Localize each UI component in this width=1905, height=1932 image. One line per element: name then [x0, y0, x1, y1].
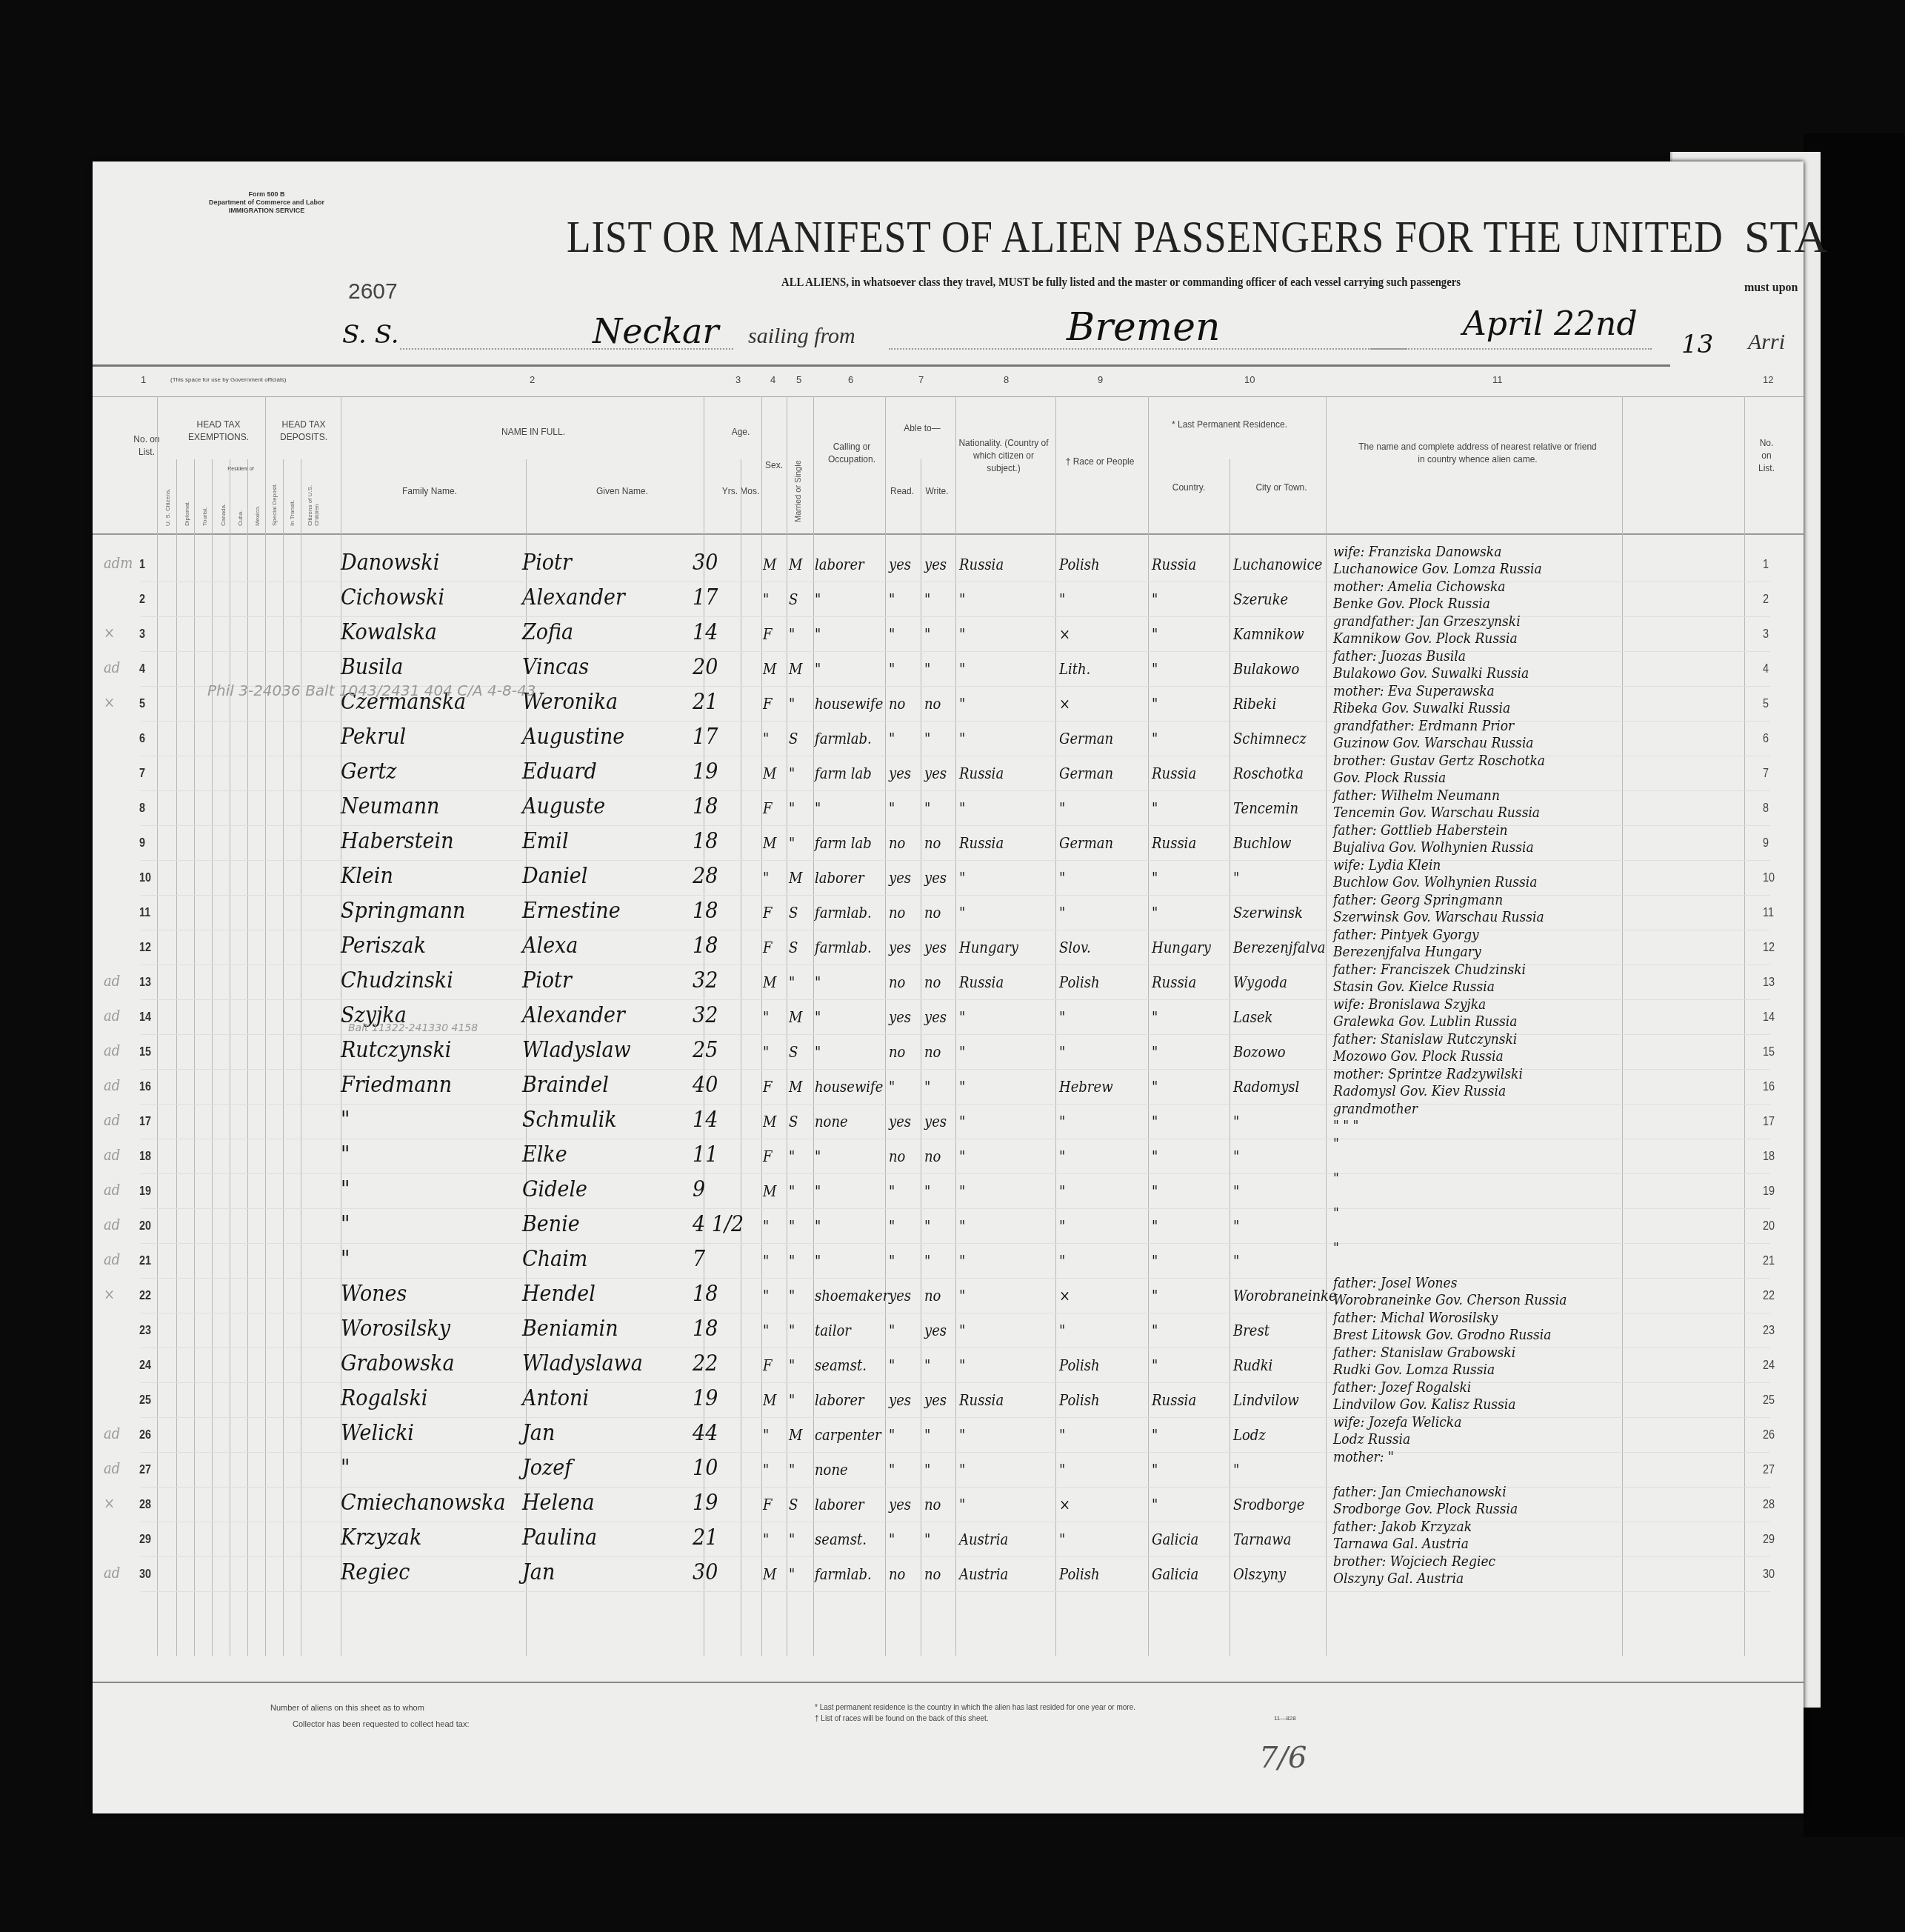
- cell-given: Alexa: [522, 933, 578, 959]
- table-row: ad27"Jozef10""none""""""mother: "27: [0, 1453, 1711, 1488]
- cell-occ: farmlab.: [815, 730, 872, 747]
- cell-read: no: [889, 695, 905, 713]
- page-title-continued: STA: [1744, 211, 1827, 264]
- cell-read: yes: [889, 556, 911, 573]
- admission-annotation: ad: [104, 1459, 120, 1477]
- relative-line: Buchlow Gov. Wolhynien Russia: [1333, 874, 1537, 891]
- relative-line: Luchanowice Gov. Lomza Russia: [1333, 561, 1542, 578]
- footer-count-line-1: Number of aliens on this sheet as to who…: [270, 1704, 424, 1713]
- cell-nat: ": [959, 1426, 965, 1444]
- cell-relative: father: Jozef RogalskiLindvilow Gov. Kal…: [1333, 1379, 1515, 1413]
- header-city: City or Town.: [1244, 482, 1318, 494]
- cell-country: ": [1152, 1287, 1158, 1305]
- cell-given: Vincas: [522, 654, 589, 680]
- cell-occ: ": [815, 1147, 821, 1165]
- form-identifier: Form 500 B Department of Commerce and La…: [181, 190, 352, 215]
- table-row: ad20"Benie4 1/2""""""""""20: [0, 1210, 1711, 1245]
- cell-write: no: [924, 695, 941, 713]
- cell-read: ": [889, 1078, 895, 1096]
- cell-age: 30: [693, 550, 718, 576]
- cell-given: Ernestine: [522, 898, 621, 924]
- cell-city: Luchanowice: [1233, 556, 1322, 573]
- cell-given: Paulina: [522, 1525, 597, 1550]
- row-number-right: 4: [1763, 663, 1769, 676]
- relative-line: Lindvilow Gov. Kalisz Russia: [1333, 1396, 1515, 1413]
- header-family-name: Family Name.: [385, 485, 474, 498]
- vessel-name: Neckar: [593, 311, 719, 351]
- cell-sex: M: [763, 834, 776, 852]
- page-title: LIST OR MANIFEST OF ALIEN PASSENGERS FOR…: [567, 211, 1724, 264]
- cell-read: ": [889, 625, 895, 643]
- cell-age: 11: [693, 1142, 718, 1167]
- cell-city: Tarnawa: [1233, 1530, 1291, 1548]
- cell-family: Welicki: [341, 1420, 414, 1446]
- cell-occ: ": [815, 1043, 821, 1061]
- relative-line: wife: Jozefa Welicka: [1333, 1414, 1461, 1431]
- table-row: ad15RutczynskiWladyslaw25"S"nono"""Bozow…: [0, 1036, 1711, 1070]
- cell-relative: ": [1333, 1240, 1339, 1257]
- cell-ms: ": [789, 1356, 795, 1374]
- row-number-right: 21: [1763, 1255, 1775, 1268]
- cell-occ: farm lab: [815, 834, 872, 852]
- column-header-rule: [93, 533, 1804, 535]
- cell-city: Bulakowo: [1233, 660, 1299, 678]
- cell-ms: S: [789, 1113, 798, 1130]
- row-number: 12: [139, 942, 151, 955]
- cell-write: ": [924, 1426, 930, 1444]
- relative-line: Bujaliva Gov. Wolhynien Russia: [1333, 839, 1534, 856]
- cell-race: ": [1059, 590, 1065, 608]
- admission-annotation: ad: [104, 1042, 120, 1059]
- cell-occ: ": [815, 973, 821, 991]
- cell-read: ": [889, 1252, 895, 1270]
- cell-ms: ": [789, 1287, 795, 1305]
- admission-annotation: ×: [104, 693, 115, 711]
- header-married-single: Married or Single: [794, 441, 803, 522]
- cell-occ: housewife: [815, 1078, 883, 1096]
- cell-city: Brest: [1233, 1322, 1270, 1339]
- header-rule: [93, 364, 1670, 367]
- cell-country: Galicia: [1152, 1565, 1198, 1583]
- cell-country: ": [1152, 1043, 1158, 1061]
- cell-race: Lith.: [1059, 660, 1090, 678]
- cell-family: Danowski: [341, 550, 439, 576]
- cell-given: Chaim: [522, 1246, 587, 1272]
- cell-given: Benie: [522, 1211, 580, 1237]
- row-number: 11: [139, 907, 150, 920]
- cell-write: ": [924, 1461, 930, 1479]
- cell-sex: ": [763, 1426, 769, 1444]
- cell-ms: ": [789, 973, 795, 991]
- relative-line: ": [1333, 1136, 1339, 1153]
- row-number: 17: [139, 1116, 151, 1129]
- cell-family: Cmiechanowska: [341, 1490, 506, 1516]
- row-number: 3: [139, 628, 145, 642]
- cell-sex: ": [763, 1461, 769, 1479]
- relative-line: Ribeka Gov. Suwalki Russia: [1333, 700, 1510, 717]
- cell-given: Gidele: [522, 1176, 587, 1202]
- cell-nat: ": [959, 625, 965, 643]
- cell-sex: ": [763, 730, 769, 747]
- cell-race: German: [1059, 834, 1113, 852]
- departure-port: Bremen: [1067, 305, 1220, 350]
- cell-age: 14: [693, 619, 718, 645]
- cell-relative: father: Jakob KrzyzakTarnawa Gal. Austri…: [1333, 1519, 1472, 1553]
- relative-line: Lodz Russia: [1333, 1431, 1461, 1448]
- cell-nat: ": [959, 695, 965, 713]
- cell-relative: ": [1333, 1170, 1339, 1187]
- cell-occ: laborer: [815, 1496, 864, 1513]
- relative-line: Olszyny Gal. Austria: [1333, 1570, 1495, 1588]
- cell-read: yes: [889, 1391, 911, 1409]
- cell-nat: ": [959, 904, 965, 922]
- cell-given: Emil: [522, 828, 569, 854]
- cell-race: Slov.: [1059, 939, 1091, 956]
- cell-ms: ": [789, 799, 795, 817]
- cell-nat: ": [959, 1461, 965, 1479]
- cell-given: Weronika: [522, 689, 618, 715]
- cell-occ: carpenter: [815, 1426, 881, 1444]
- header-no-on-list-right: No. on List.: [1755, 437, 1778, 475]
- cell-nat: ": [959, 730, 965, 747]
- cell-family: ": [341, 1455, 350, 1481]
- cell-ms: ": [789, 834, 795, 852]
- table-row: ad21"Chaim7""""""""""21: [0, 1245, 1711, 1279]
- cell-age: 9: [693, 1176, 705, 1202]
- cell-occ: ": [815, 1182, 821, 1200]
- header-country: Country.: [1159, 482, 1218, 494]
- table-row: 10KleinDaniel28"Mlaboreryesyes""""wife: …: [0, 862, 1711, 896]
- relative-line: wife: Franziska Danowska: [1333, 544, 1542, 561]
- cell-age: 28: [693, 863, 718, 889]
- cell-read: ": [889, 1217, 895, 1235]
- relative-line: father: Josel Wones: [1333, 1275, 1567, 1292]
- cell-country: Russia: [1152, 834, 1196, 852]
- cell-sex: M: [763, 973, 776, 991]
- relative-line: father: Stanislaw Rutczynski: [1333, 1031, 1517, 1048]
- cell-ms: M: [789, 1008, 802, 1026]
- cell-city: Tencemin: [1233, 799, 1298, 817]
- cell-race: ": [1059, 1530, 1065, 1548]
- cell-given: Jan: [522, 1559, 555, 1585]
- table-row: 12PeriszakAlexa18FSfarmlab.yesyesHungary…: [0, 931, 1711, 966]
- cell-age: 18: [693, 1316, 718, 1342]
- cell-relative: ": [1333, 1136, 1339, 1153]
- cell-race: ": [1059, 1461, 1065, 1479]
- department-name: Department of Commerce and Labor: [181, 199, 352, 207]
- cell-age: 21: [693, 1525, 718, 1550]
- row-number-right: 13: [1763, 976, 1775, 990]
- cell-ms: ": [789, 1461, 795, 1479]
- cell-family: Springmann: [341, 898, 465, 924]
- cell-city: Berezenjfalva: [1233, 939, 1326, 956]
- cell-occ: ": [815, 1008, 821, 1026]
- cell-nat: ": [959, 799, 965, 817]
- cell-family: ": [341, 1176, 350, 1202]
- cell-write: no: [924, 1496, 941, 1513]
- row-number: 23: [139, 1325, 151, 1338]
- cell-read: no: [889, 1043, 905, 1061]
- cell-city: Bozowo: [1233, 1043, 1286, 1061]
- cell-age: 4 1/2: [693, 1211, 744, 1237]
- row-number: 25: [139, 1394, 151, 1408]
- cell-occ: ": [815, 625, 821, 643]
- relative-line: Radomysl Gov. Kiev Russia: [1333, 1083, 1523, 1100]
- row-number-right: 9: [1763, 837, 1769, 850]
- cell-city: Schimnecz: [1233, 730, 1307, 747]
- cell-read: yes: [889, 1113, 911, 1130]
- cell-age: 21: [693, 689, 718, 715]
- cell-occ: housewife: [815, 695, 883, 713]
- cell-write: ": [924, 1078, 930, 1096]
- relative-line: father: Michal Worosilsky: [1333, 1310, 1552, 1327]
- cell-sex: M: [763, 556, 776, 573]
- row-number-right: 6: [1763, 733, 1769, 746]
- table-row: 29KrzyzakPaulina21""seamst.""Austria"Gal…: [0, 1523, 1711, 1558]
- table-row: ad30RegiecJan30M"farmlab.nonoAustriaPoli…: [0, 1558, 1711, 1593]
- cell-given: Alexander: [522, 1002, 625, 1028]
- footer-note-residence: * Last permanent residence is the countr…: [815, 1704, 1135, 1712]
- cell-ms: ": [789, 1391, 795, 1409]
- row-number: 15: [139, 1046, 151, 1059]
- cell-ms: M: [789, 869, 802, 887]
- table-row: adm1DanowskiPiotr30MMlaboreryesyesRussia…: [0, 548, 1711, 583]
- cell-given: Wladyslaw: [522, 1037, 631, 1063]
- admission-annotation: ad: [104, 1250, 120, 1268]
- row-number: 8: [139, 802, 145, 816]
- table-row: 23WorosilskyBeniamin18""tailor"yes"""Bre…: [0, 1314, 1711, 1349]
- cell-occ: shoemaker: [815, 1287, 889, 1305]
- cell-nat: Austria: [959, 1530, 1008, 1548]
- cell-country: ": [1152, 1356, 1158, 1374]
- cell-ms: S: [789, 1043, 798, 1061]
- admission-annotation: ad: [104, 659, 120, 676]
- cell-city: ": [1233, 1147, 1239, 1165]
- cell-sex: F: [763, 904, 773, 922]
- cell-family: Neumann: [341, 793, 439, 819]
- cell-city: Wygoda: [1233, 973, 1287, 991]
- row-number: 9: [139, 837, 145, 850]
- cell-age: 18: [693, 898, 718, 924]
- cell-age: 32: [693, 967, 718, 993]
- cell-city: Radomysl: [1233, 1078, 1299, 1096]
- cell-ms: S: [789, 1496, 798, 1513]
- table-row: ad17"Schmulik14MSnoneyesyes""""grandmoth…: [0, 1105, 1711, 1140]
- row-number: 7: [139, 767, 145, 781]
- cell-read: no: [889, 973, 905, 991]
- cell-read: yes: [889, 765, 911, 782]
- cell-race: Hebrew: [1059, 1078, 1113, 1096]
- cell-family: Krzyzak: [341, 1525, 421, 1550]
- cell-write: yes: [924, 556, 947, 573]
- cell-given: Braindel: [522, 1072, 609, 1098]
- cell-write: no: [924, 973, 941, 991]
- cell-age: 7: [693, 1246, 705, 1272]
- cell-family: Cichowski: [341, 584, 444, 610]
- cell-sex: ": [763, 1287, 769, 1305]
- cell-age: 14: [693, 1107, 718, 1133]
- cell-relative: grandfather: Erdmann PriorGuzinow Gov. W…: [1333, 718, 1534, 752]
- admission-annotation: ad: [104, 1146, 120, 1164]
- cell-given: Helena: [522, 1490, 595, 1516]
- cell-race: ": [1059, 904, 1065, 922]
- cell-relative: father: Michal WorosilskyBrest Litowsk G…: [1333, 1310, 1552, 1344]
- row-number: 16: [139, 1081, 151, 1094]
- cell-write: no: [924, 1287, 941, 1305]
- cell-country: ": [1152, 1461, 1158, 1479]
- row-number-right: 27: [1763, 1464, 1775, 1477]
- cell-relative: brother: Wojciech RegiecOlszyny Gal. Aus…: [1333, 1553, 1495, 1588]
- cell-ms: ": [789, 1322, 795, 1339]
- admission-annotation: adm: [104, 554, 133, 572]
- colnum-rule: [93, 396, 1804, 397]
- relative-line: grandfather: Jan Grzeszynski: [1333, 613, 1521, 630]
- cell-family: Rogalski: [341, 1385, 427, 1411]
- cell-sex: M: [763, 660, 776, 678]
- cell-write: yes: [924, 869, 947, 887]
- row-number: 20: [139, 1220, 151, 1233]
- cell-race: ": [1059, 1113, 1065, 1130]
- cell-family: Gertz: [341, 759, 397, 785]
- cell-relative: wife: Franziska DanowskaLuchanowice Gov.…: [1333, 544, 1542, 578]
- cell-write: no: [924, 904, 941, 922]
- cell-relative: brother: Gustav Gertz RoschotkaGov. Ploc…: [1333, 753, 1545, 787]
- table-row: 7GertzEduard19M"farm labyesyesRussiaGerm…: [0, 757, 1711, 792]
- row-number-right: 15: [1763, 1046, 1775, 1059]
- relative-line: Guzinow Gov. Warschau Russia: [1333, 735, 1534, 752]
- cell-city: Kamnikow: [1233, 625, 1304, 643]
- cell-given: Daniel: [522, 863, 587, 889]
- row-number: 22: [139, 1290, 151, 1303]
- arrived-label: Arri: [1748, 330, 1785, 355]
- table-row: ad14SzyjkaAlexander32"M"yesyes"""Lasekwi…: [0, 1001, 1711, 1036]
- relative-line: grandmother: [1333, 1101, 1418, 1118]
- cell-nat: ": [959, 869, 965, 887]
- cell-given: Hendel: [522, 1281, 595, 1307]
- cell-ms: ": [789, 1217, 795, 1235]
- cell-race: German: [1059, 765, 1113, 782]
- cell-sex: M: [763, 1391, 776, 1409]
- cell-country: ": [1152, 1182, 1158, 1200]
- cell-family: Klein: [341, 863, 393, 889]
- cell-write: ": [924, 625, 930, 643]
- cell-nat: ": [959, 1252, 965, 1270]
- cell-given: Auguste: [522, 793, 605, 819]
- cell-relative: father: Georg SpringmannSzerwinsk Gov. W…: [1333, 892, 1544, 926]
- admission-annotation: ad: [104, 1007, 120, 1025]
- row-number: 1: [139, 559, 145, 572]
- relative-line: Stasin Gov. Kielce Russia: [1333, 979, 1526, 996]
- cell-race: Polish: [1059, 1391, 1100, 1409]
- cell-nat: ": [959, 1287, 965, 1305]
- relative-line: father: Pintyek Gyorgy: [1333, 927, 1481, 944]
- cell-read: ": [889, 1322, 895, 1339]
- relative-line: Gov. Plock Russia: [1333, 770, 1545, 787]
- cell-city: ": [1233, 869, 1239, 887]
- cell-country: Russia: [1152, 556, 1196, 573]
- cell-read: yes: [889, 939, 911, 956]
- cell-occ: none: [815, 1461, 848, 1479]
- row-number: 28: [139, 1499, 151, 1512]
- table-row: 24GrabowskaWladyslawa22F"seamst."""Polis…: [0, 1349, 1711, 1384]
- cell-write: ": [924, 1252, 930, 1270]
- table-row: 11SpringmannErnestine18FSfarmlab.nono"""…: [0, 896, 1711, 931]
- cell-relative: mother: Amelia CichowskaBenke Gov. Plock…: [1333, 579, 1506, 613]
- cell-nat: Russia: [959, 765, 1004, 782]
- relative-line: Bulakowo Gov. Suwalki Russia: [1333, 665, 1529, 682]
- cell-age: 20: [693, 654, 718, 680]
- cell-city: Roschotka: [1233, 765, 1304, 782]
- cell-family: Chudzinski: [341, 967, 453, 993]
- cell-ms: S: [789, 590, 798, 608]
- cell-read: no: [889, 834, 905, 852]
- cell-sex: F: [763, 939, 773, 956]
- cell-occ: farm lab: [815, 765, 872, 782]
- cell-family: ": [341, 1142, 350, 1167]
- relative-line: Szerwinsk Gov. Warschau Russia: [1333, 909, 1544, 926]
- relative-line: wife: Lydia Klein: [1333, 857, 1537, 874]
- cell-age: 10: [693, 1455, 718, 1481]
- header-head-tax-exemptions: HEAD TAX EXEMPTIONS.: [178, 419, 259, 444]
- table-bottom-rule: [93, 1682, 1804, 1683]
- row-number: 2: [139, 593, 145, 607]
- cell-relative: wife: Jozefa WelickaLodz Russia: [1333, 1414, 1461, 1448]
- cell-country: ": [1152, 730, 1158, 747]
- cell-nat: ": [959, 1356, 965, 1374]
- cell-nat: ": [959, 1043, 965, 1061]
- row-number-right: 25: [1763, 1394, 1775, 1408]
- cell-write: no: [924, 1147, 941, 1165]
- relative-line: " " ": [1333, 1118, 1418, 1135]
- row-number-right: 7: [1763, 767, 1769, 781]
- row-number-right: 5: [1763, 698, 1769, 711]
- admission-annotation: ad: [104, 1216, 120, 1233]
- cell-write: no: [924, 1565, 941, 1583]
- table-row: ad16FriedmannBraindel40FMhousewife"""Heb…: [0, 1070, 1711, 1105]
- row-number-right: 3: [1763, 628, 1769, 642]
- cell-ms: ": [789, 1565, 795, 1583]
- relative-line: wife: Bronislawa Szyjka: [1333, 996, 1518, 1013]
- cell-race: ×: [1059, 695, 1070, 713]
- form-number: Form 500 B: [181, 190, 352, 199]
- relative-line: Rudki Gov. Lomza Russia: [1333, 1362, 1515, 1379]
- cell-given: Eduard: [522, 759, 597, 785]
- relative-line: father: Juozas Busila: [1333, 648, 1529, 665]
- relative-line: father: Gottlieb Haberstein: [1333, 822, 1534, 839]
- cell-relative: grandfather: Jan GrzeszynskiKamnikow Gov…: [1333, 613, 1521, 647]
- row-number: 13: [139, 976, 151, 990]
- cell-ms: S: [789, 730, 798, 747]
- row-number-right: 29: [1763, 1533, 1775, 1547]
- cell-sex: ": [763, 1252, 769, 1270]
- table-row: ad13ChudzinskiPiotr32M""nonoRussiaPolish…: [0, 966, 1711, 1001]
- table-row: 25RogalskiAntoni19M"laboreryesyesRussiaP…: [0, 1384, 1711, 1419]
- relative-line: Worobraneinke Gov. Cherson Russia: [1333, 1292, 1567, 1309]
- cell-sex: ": [763, 1322, 769, 1339]
- cell-relative: father: Pintyek GyorgyBerezenjfalva Hung…: [1333, 927, 1481, 961]
- cell-nat: ": [959, 1322, 965, 1339]
- cell-race: ": [1059, 799, 1065, 817]
- cell-city: ": [1233, 1252, 1239, 1270]
- header-occupation: Calling or Occupation.: [822, 441, 881, 466]
- relative-line: father: Franciszek Chudzinski: [1333, 962, 1526, 979]
- service-name: IMMIGRATION SERVICE: [181, 207, 352, 215]
- relative-line: father: Jan Cmiechanowski: [1333, 1484, 1518, 1501]
- relative-line: Brest Litowsk Gov. Grodno Russia: [1333, 1327, 1552, 1344]
- cell-age: 18: [693, 933, 718, 959]
- cell-occ: laborer: [815, 869, 864, 887]
- cell-city: Olszyny: [1233, 1565, 1286, 1583]
